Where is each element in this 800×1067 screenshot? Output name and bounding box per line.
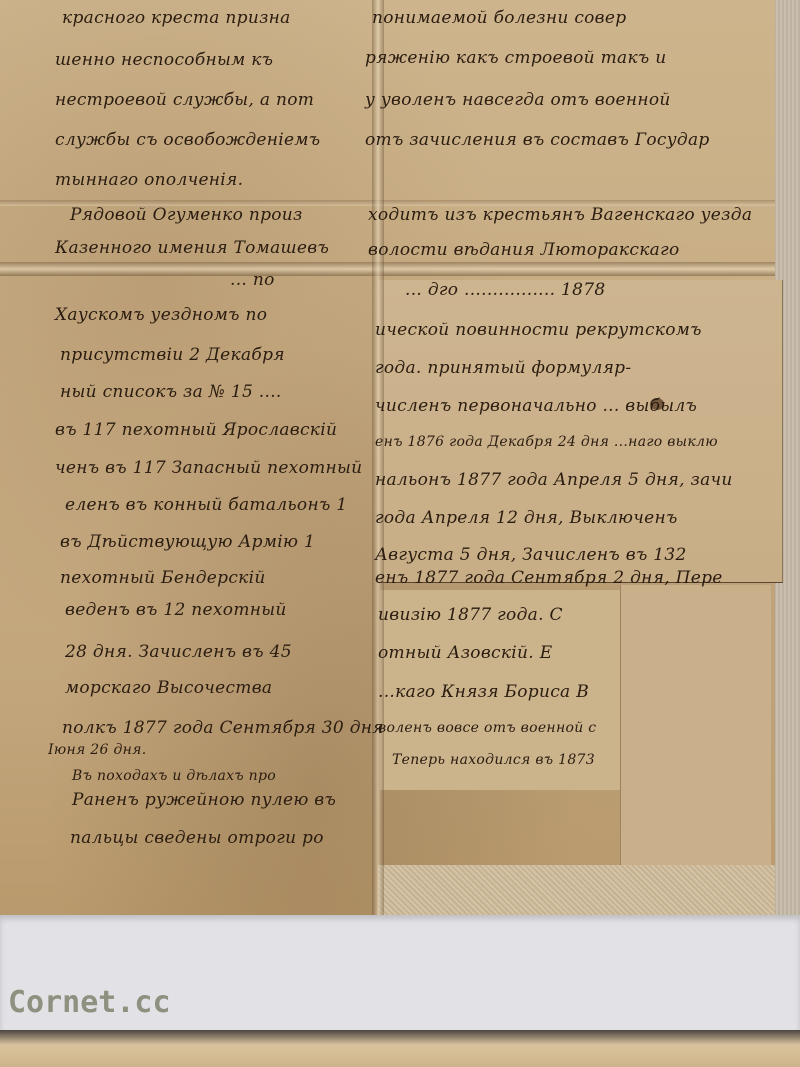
text-line: въ 117 пехотный Ярославскій bbox=[55, 420, 337, 440]
text-line: Въ походахъ и дѣлахъ про bbox=[72, 768, 276, 784]
site-watermark: Cornet.cc bbox=[8, 985, 171, 1020]
text-line: Августа 5 дня, Зачисленъ въ 132 bbox=[375, 545, 687, 565]
text-line: веденъ въ 12 пехотный bbox=[65, 600, 287, 620]
text-line: пехотный Бендерскій bbox=[60, 568, 266, 588]
text-line: ической повинности рекрутскомъ bbox=[375, 320, 702, 340]
text-line: Раненъ ружейною пулею въ bbox=[72, 790, 336, 810]
text-line: ный списокъ за № 15 .... bbox=[60, 382, 282, 402]
blank-paper-area bbox=[620, 585, 771, 870]
text-line: нестроевой службы, а пот bbox=[55, 90, 314, 110]
text-line: ...каго Князя Бориса В bbox=[378, 682, 589, 702]
photo-scene: красного креста призна шенно неспособным… bbox=[0, 0, 800, 1067]
text-line: года. принятый формуляр- bbox=[375, 358, 631, 378]
text-line: воленъ вовсе отъ военной с bbox=[378, 720, 596, 736]
fold-line bbox=[0, 262, 775, 276]
text-line: понимаемой болезни совер bbox=[372, 8, 626, 28]
text-line: нальонъ 1877 года Апреля 5 дня, зачи bbox=[375, 470, 733, 490]
text-line: морскаго Высочества bbox=[65, 678, 272, 698]
text-line: полкъ 1877 года Сентября 30 дня bbox=[62, 718, 384, 738]
text-line: красного креста призна bbox=[62, 8, 291, 28]
text-line: енъ 1877 года Сентября 2 дня, Пере bbox=[375, 568, 723, 588]
text-line: отъ зачисления въ составъ Государ bbox=[365, 130, 710, 150]
text-line: въ Дѣйствующую Армію 1 bbox=[60, 532, 315, 552]
text-line: у уволенъ навсегда отъ военной bbox=[365, 90, 671, 110]
text-line: Іюня 26 дня. bbox=[48, 742, 146, 758]
text-line: ... дго ................ 1878 bbox=[405, 280, 605, 300]
text-line: еленъ въ конный батальонъ 1 bbox=[65, 495, 347, 515]
text-line: тыннаго ополченія. bbox=[55, 170, 243, 190]
text-line: Казенного имения Томашевъ bbox=[55, 238, 329, 258]
text-line: ивизію 1877 года. С bbox=[378, 605, 563, 625]
text-line: 28 дня. Зачисленъ въ 45 bbox=[65, 642, 292, 662]
text-line: Хаускомъ уездномъ по bbox=[55, 305, 267, 325]
text-line: пальцы сведены отроги ро bbox=[70, 828, 324, 848]
text-line: волости вѣдания Люторакскаго bbox=[368, 240, 680, 260]
text-line: отный Азовскій. Е bbox=[378, 643, 552, 663]
text-line: ... по bbox=[230, 270, 275, 290]
frame-edge bbox=[0, 1030, 800, 1067]
text-line: енъ 1876 года Декабря 24 дня ...наго вык… bbox=[375, 434, 718, 450]
text-line: ряженію какъ строевой такъ и bbox=[365, 48, 667, 68]
text-line: года Апреля 12 дня, Выключенъ bbox=[375, 508, 678, 528]
linen-backing-strip bbox=[378, 865, 775, 915]
text-line: Теперь находился въ 1873 bbox=[392, 752, 595, 768]
text-line: службы съ освобожденіемъ bbox=[55, 130, 320, 150]
text-line: шенно неспособным къ bbox=[55, 50, 273, 70]
text-line: Рядовой Огуменко произ bbox=[70, 205, 303, 225]
text-line: ченъ въ 117 Запасный пехотный bbox=[55, 458, 362, 478]
text-line: численъ первоначально ... выбылъ bbox=[375, 396, 697, 416]
text-line: присутствіи 2 Декабря bbox=[60, 345, 285, 365]
text-line: ходитъ изъ крестьянъ Вагенскаго уезда bbox=[368, 205, 752, 225]
